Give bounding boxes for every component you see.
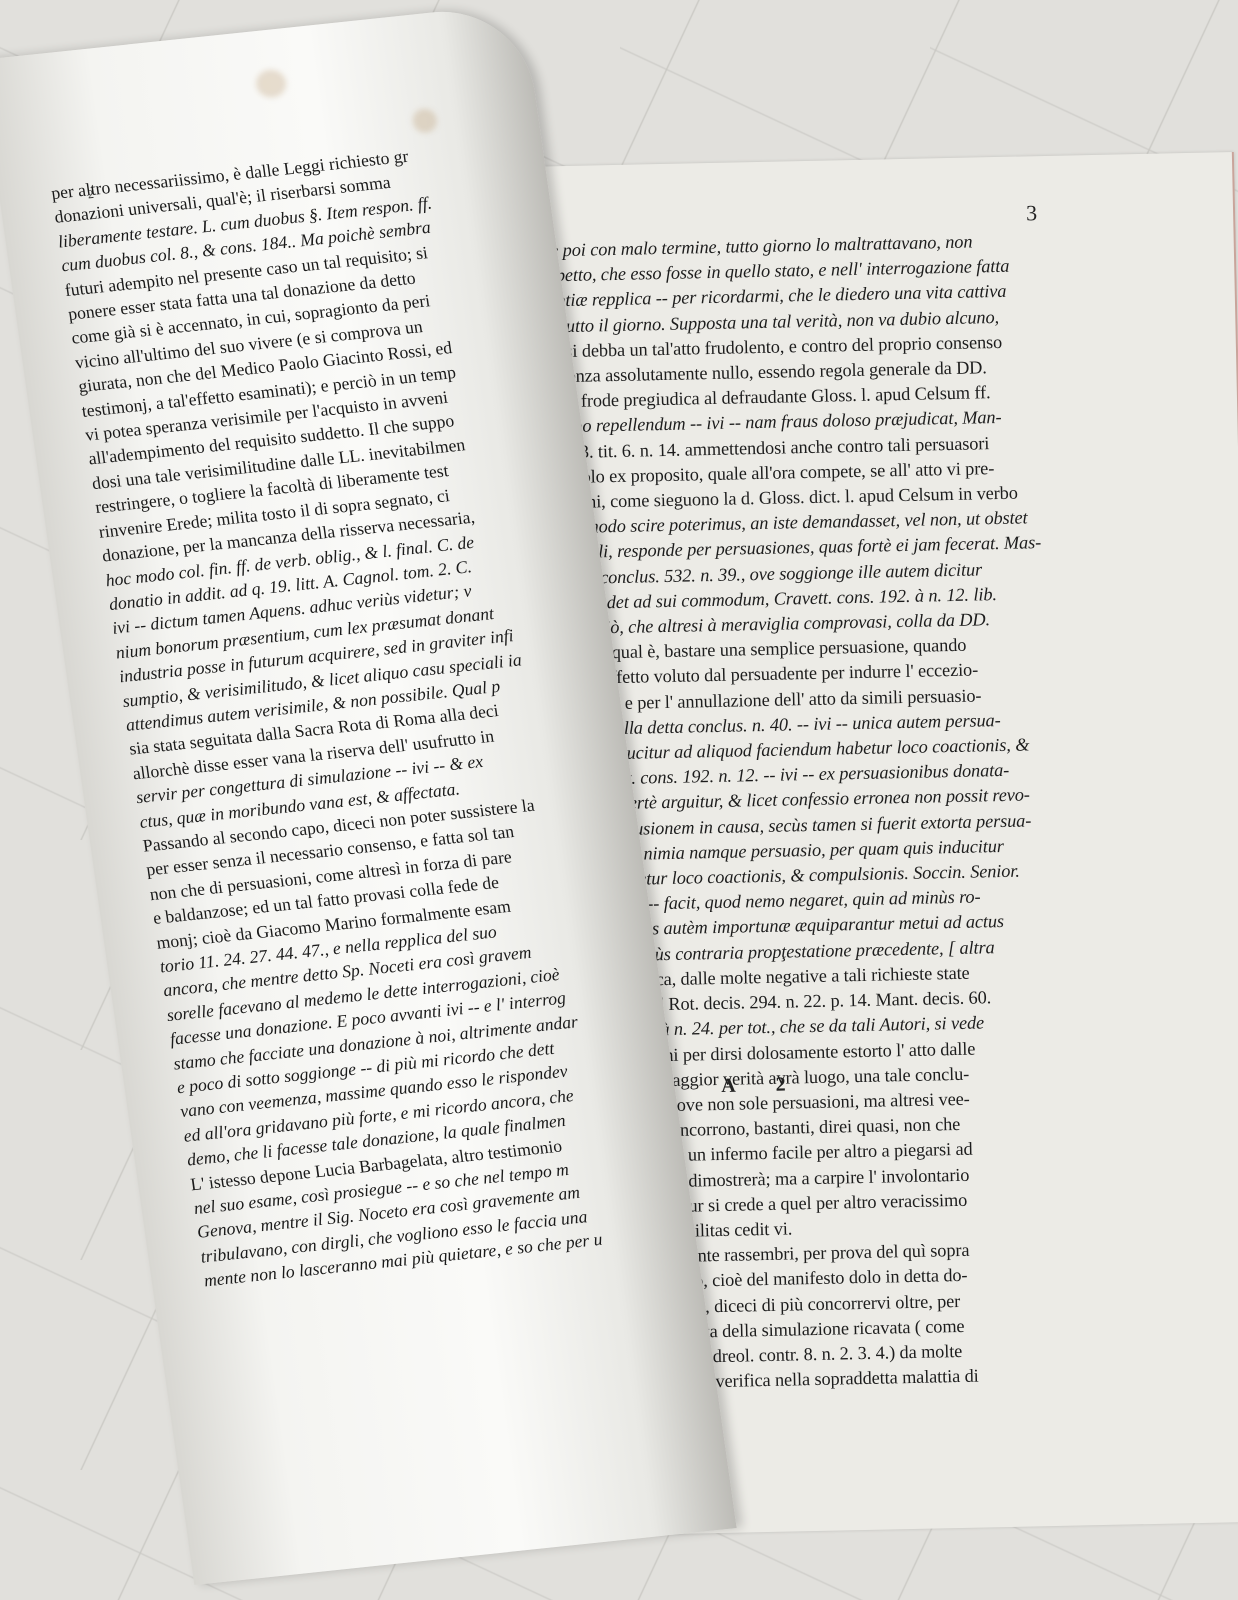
foxing-stain xyxy=(411,108,438,134)
signature-mark: A 2 xyxy=(721,1073,804,1098)
page-number: 3 xyxy=(1026,200,1038,226)
foxing-stain xyxy=(254,68,288,99)
